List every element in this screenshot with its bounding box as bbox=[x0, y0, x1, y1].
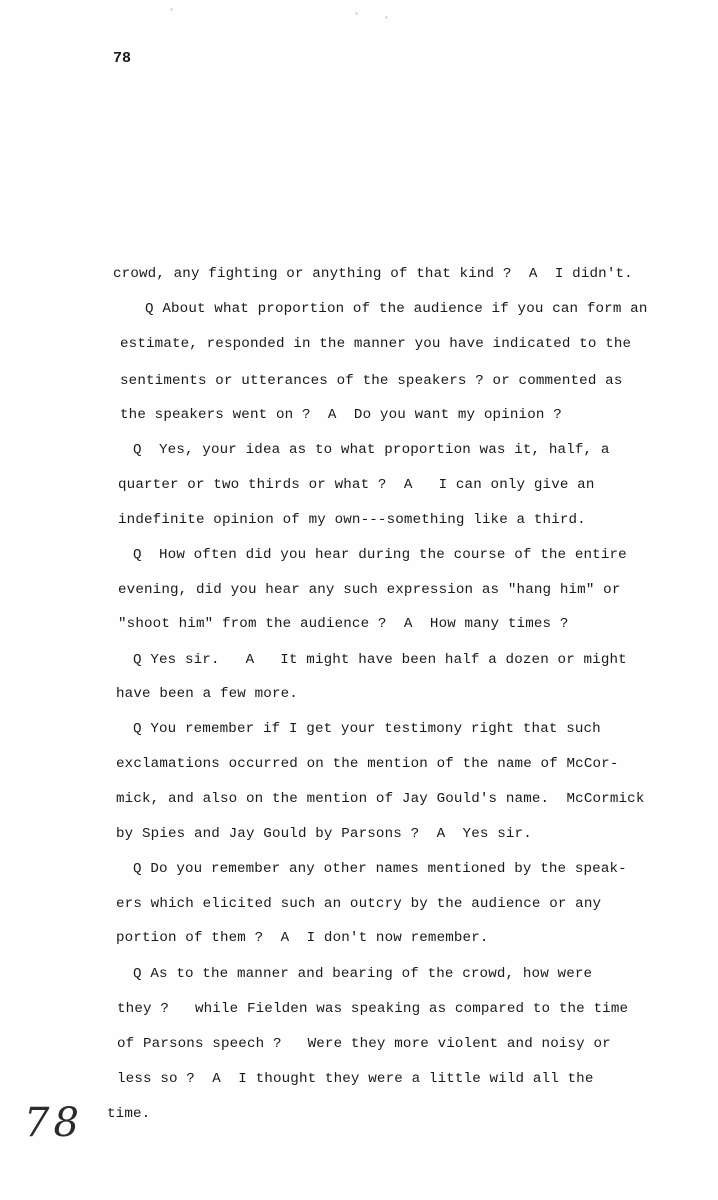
text-line: Q As to the manner and bearing of the cr… bbox=[133, 965, 592, 983]
text-line: quarter or two thirds or what ? A I can … bbox=[118, 476, 595, 494]
text-line: Q Yes sir. A It might have been half a d… bbox=[133, 651, 627, 669]
text-line: ers which elicited such an outcry by the… bbox=[116, 895, 601, 913]
scan-speck bbox=[355, 12, 358, 15]
text-line: sentiments or utterances of the speakers… bbox=[120, 372, 623, 390]
text-line: the speakers went on ? A Do you want my … bbox=[120, 406, 562, 424]
text-line: they ? while Fielden was speaking as com… bbox=[117, 1000, 628, 1018]
text-line: "shoot him" from the audience ? A How ma… bbox=[118, 615, 569, 633]
text-line: Q You remember if I get your testimony r… bbox=[133, 720, 601, 738]
text-line: Q How often did you hear during the cour… bbox=[133, 546, 627, 564]
text-line: Q Do you remember any other names mentio… bbox=[133, 860, 627, 878]
text-line: of Parsons speech ? Were they more viole… bbox=[117, 1035, 611, 1053]
text-line: Q About what proportion of the audience … bbox=[145, 300, 648, 318]
text-line: less so ? A I thought they were a little… bbox=[117, 1070, 594, 1088]
text-line: estimate, responded in the manner you ha… bbox=[120, 335, 631, 353]
text-line: have been a few more. bbox=[116, 685, 298, 703]
text-line: portion of them ? A I don't now remember… bbox=[116, 929, 489, 947]
text-line: exclamations occurred on the mention of … bbox=[116, 755, 619, 773]
text-line: mick, and also on the mention of Jay Gou… bbox=[116, 790, 645, 808]
text-line: by Spies and Jay Gould by Parsons ? A Ye… bbox=[116, 825, 532, 843]
text-line: crowd, any fighting or anything of that … bbox=[113, 265, 633, 283]
document-page: 78 crowd, any fighting or anything of th… bbox=[0, 0, 718, 1200]
text-line: evening, did you hear any such expressio… bbox=[118, 581, 621, 599]
text-line: time. bbox=[107, 1105, 150, 1123]
text-line: indefinite opinion of my own---something… bbox=[118, 511, 586, 529]
page-number: 78 bbox=[113, 50, 131, 67]
scan-speck bbox=[170, 8, 173, 11]
handwritten-page-number: 78 bbox=[24, 1100, 83, 1146]
text-line: Q Yes, your idea as to what proportion w… bbox=[133, 441, 610, 459]
scan-speck bbox=[385, 16, 388, 19]
